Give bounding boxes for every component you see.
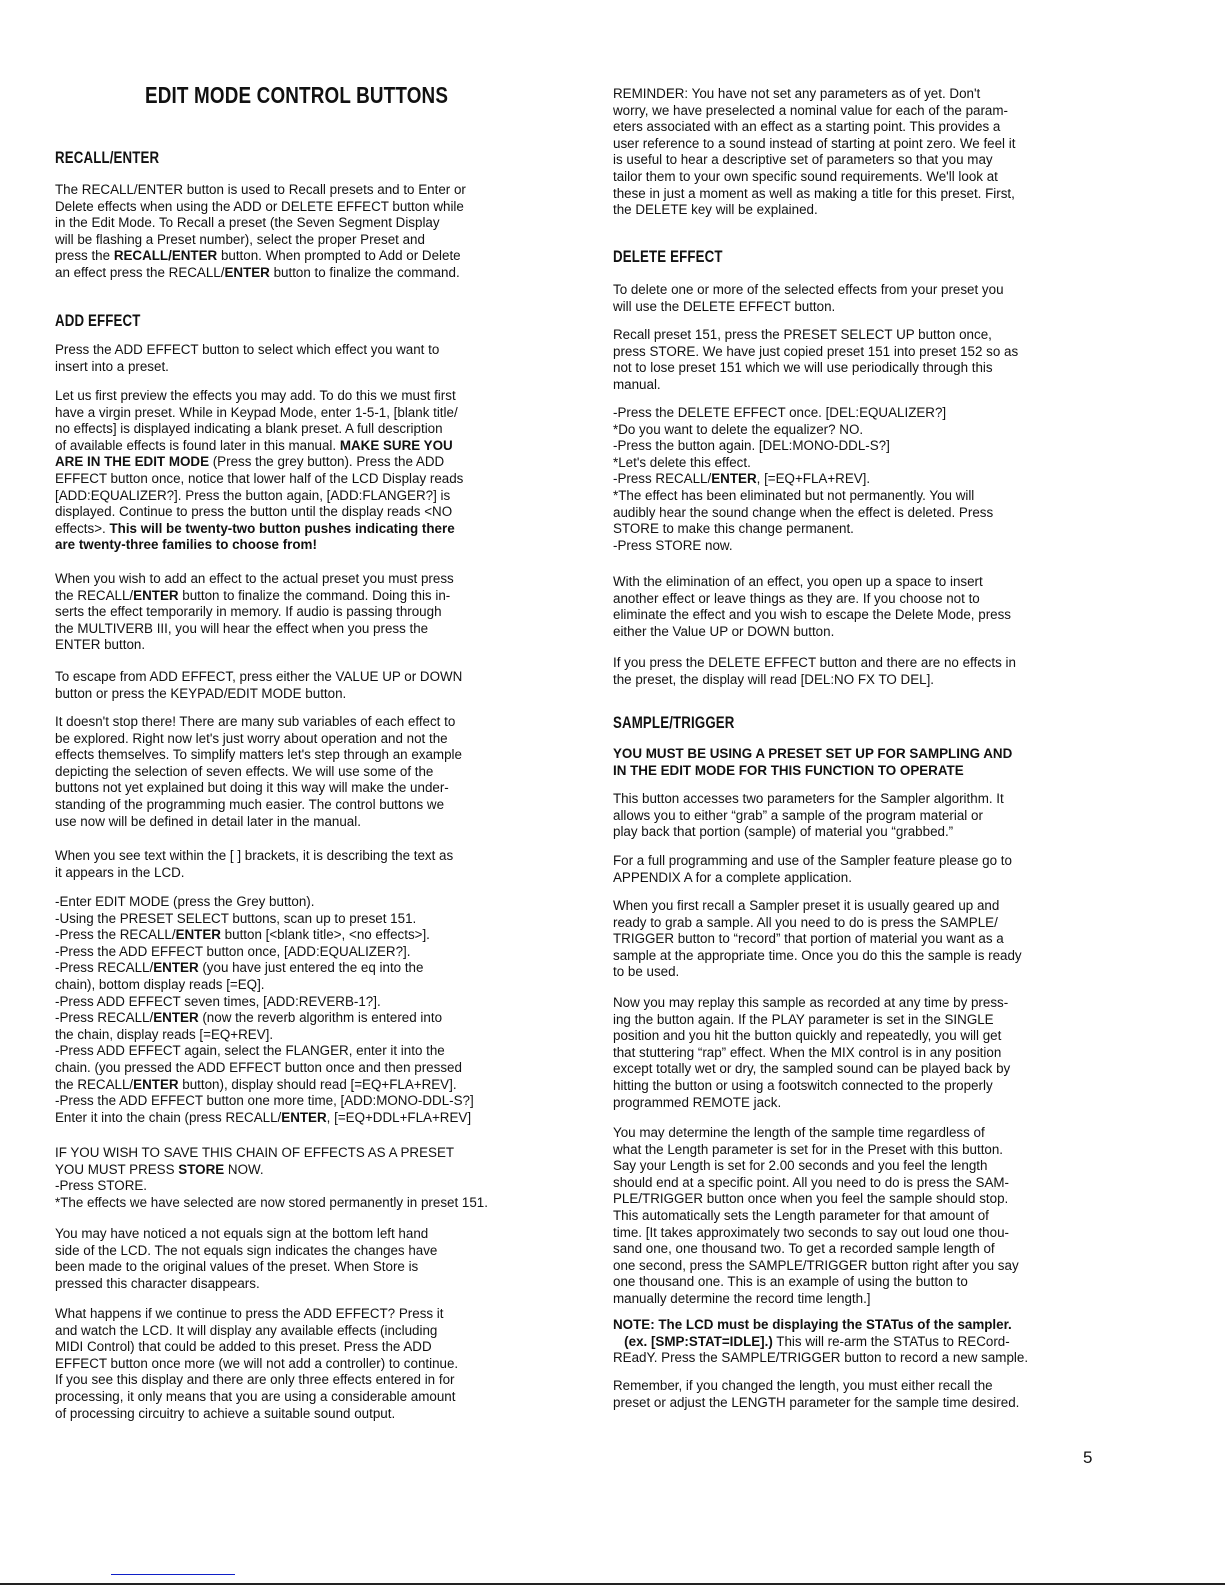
text-line: depicting the selection of seven effects… bbox=[55, 764, 543, 781]
brackets-note-paragraph: When you see text within the [ ] bracket… bbox=[55, 848, 543, 881]
text-line: sand one, one thousand two. To get a rec… bbox=[613, 1241, 1093, 1258]
text-line: Remember, if you changed the length, you… bbox=[613, 1378, 1093, 1395]
add-effect-intro: Press the ADD EFFECT button to select wh… bbox=[55, 342, 543, 375]
text-line: Say your Length is set for 2.00 seconds … bbox=[613, 1158, 1093, 1175]
text-line: displayed. Continue to press the button … bbox=[55, 504, 543, 521]
text-line: processing, it only means that you are u… bbox=[55, 1389, 543, 1406]
delete-effect-empty-paragraph: If you press the DELETE EFFECT button an… bbox=[613, 655, 1093, 688]
text-line: the preset, the display will read [DEL:N… bbox=[613, 672, 1093, 689]
text-line: REMINDER: You have not set any parameter… bbox=[613, 86, 1093, 103]
text-line: What happens if we continue to press the… bbox=[55, 1306, 543, 1323]
text-line: insert into a preset. bbox=[55, 359, 543, 376]
text-line: that stuttering “rap” effect. When the M… bbox=[613, 1045, 1093, 1062]
text-line: -Press the ADD EFFECT button one more ti… bbox=[55, 1093, 543, 1110]
text-line: press STORE. We have just copied preset … bbox=[613, 344, 1093, 361]
text-line: -Press the DELETE EFFECT once. [DEL:EQUA… bbox=[613, 405, 1093, 422]
text-line: user reference to a sound instead of sta… bbox=[613, 136, 1093, 153]
text-line: will use the DELETE EFFECT button. bbox=[613, 299, 1093, 316]
text-line: button or press the KEYPAD/EDIT MODE but… bbox=[55, 686, 543, 703]
text-line: -Press RECALL/ENTER, [=EQ+FLA+REV]. bbox=[613, 471, 1093, 488]
text-line: -Press STORE now. bbox=[613, 538, 1093, 555]
note-rearm-text: This will re-arm the STATus to RECord- bbox=[773, 1334, 1010, 1349]
save-chain-paragraph: IF YOU WISH TO SAVE THIS CHAIN OF EFFECT… bbox=[55, 1145, 543, 1211]
text-line: EFFECT button once more (we will not add… bbox=[55, 1356, 543, 1373]
text-line: effects>. This will be twenty-two button… bbox=[55, 521, 543, 538]
text-line: -Press STORE. bbox=[55, 1178, 543, 1195]
text-line: -Press the ADD EFFECT button once, [ADD:… bbox=[55, 944, 543, 961]
text-line: This automatically sets the Length param… bbox=[613, 1208, 1093, 1225]
text-line: chain), bottom display reads [=EQ]. bbox=[55, 977, 543, 994]
text-line: what the Length parameter is set for in … bbox=[613, 1142, 1093, 1159]
sample-trigger-recall-paragraph: When you first recall a Sampler preset i… bbox=[613, 898, 1093, 981]
sample-trigger-note: NOTE: The LCD must be displaying the STA… bbox=[613, 1317, 1093, 1367]
text-line: If you see this display and there are on… bbox=[55, 1372, 543, 1389]
text-line: To escape from ADD EFFECT, press either … bbox=[55, 669, 543, 686]
recall-enter-paragraph: The RECALL/ENTER button is used to Recal… bbox=[55, 182, 543, 282]
text-line: to be used. bbox=[613, 964, 1093, 981]
text-line: effects themselves. To simplify matters … bbox=[55, 747, 543, 764]
heading-delete-effect: DELETE EFFECT bbox=[613, 247, 723, 267]
text-line: press the RECALL/ENTER button. When prom… bbox=[55, 248, 543, 265]
text-line: [ADD:EQUALIZER?]. Press the button again… bbox=[55, 488, 543, 505]
text-line: manually determine the record time lengt… bbox=[613, 1291, 1093, 1308]
blue-rule bbox=[111, 1574, 235, 1575]
text-line: -Press ADD EFFECT seven times, [ADD:REVE… bbox=[55, 994, 543, 1011]
heading-add-effect: ADD EFFECT bbox=[55, 311, 141, 331]
text-line: these in just a moment as well as making… bbox=[613, 186, 1093, 203]
sample-trigger-appendix-paragraph: For a full programming and use of the Sa… bbox=[613, 853, 1093, 886]
text-line: chain. (you pressed the ADD EFFECT butto… bbox=[55, 1060, 543, 1077]
text-line: buttons not yet explained but doing it t… bbox=[55, 780, 543, 797]
text-line: Delete effects when using the ADD or DEL… bbox=[55, 199, 543, 216]
text-line: are twenty-three families to choose from… bbox=[55, 537, 543, 554]
delete-effect-space-paragraph: With the elimination of an effect, you o… bbox=[613, 574, 1093, 640]
delete-effect-copy-paragraph: Recall preset 151, press the PRESET SELE… bbox=[613, 327, 1093, 393]
note-line-2: (ex. [SMP:STAT=IDLE].) This will re-arm … bbox=[613, 1334, 1093, 1351]
text-line: IN THE EDIT MODE FOR THIS FUNCTION TO OP… bbox=[613, 763, 1093, 780]
text-line: no effects] is displayed indicating a bl… bbox=[55, 421, 543, 438]
delete-effect-intro: To delete one or more of the selected ef… bbox=[613, 282, 1093, 315]
text-line: APPENDIX A for a complete application. bbox=[613, 870, 1093, 887]
text-line: pressed this character disappears. bbox=[55, 1276, 543, 1293]
text-line: sample at the appropriate time. Once you… bbox=[613, 948, 1093, 965]
text-line: Recall preset 151, press the PRESET SELE… bbox=[613, 327, 1093, 344]
text-line: You may have noticed a not equals sign a… bbox=[55, 1226, 543, 1243]
text-line: PLE/TRIGGER button once when you feel th… bbox=[613, 1191, 1093, 1208]
text-line: been made to the original values of the … bbox=[55, 1259, 543, 1276]
text-line: preset or adjust the LENGTH parameter fo… bbox=[613, 1395, 1093, 1412]
page-number: 5 bbox=[1083, 1448, 1092, 1468]
text-line: programmed REMOTE jack. bbox=[613, 1095, 1093, 1112]
text-line: standing of the programming much easier.… bbox=[55, 797, 543, 814]
text-line: If you press the DELETE EFFECT button an… bbox=[613, 655, 1093, 672]
continue-add-paragraph: What happens if we continue to press the… bbox=[55, 1306, 543, 1422]
text-line: ENTER button. bbox=[55, 637, 543, 654]
text-line: worry, we have preselected a nominal val… bbox=[613, 103, 1093, 120]
text-line: the chain, display reads [=EQ+REV]. bbox=[55, 1027, 543, 1044]
text-line: play back that portion (sample) of mater… bbox=[613, 824, 1093, 841]
text-line: -Press RECALL/ENTER (you have just enter… bbox=[55, 960, 543, 977]
text-line: -Press the RECALL/ENTER button [<blank t… bbox=[55, 927, 543, 944]
text-line: This button accesses two parameters for … bbox=[613, 791, 1093, 808]
text-line: position and you hit the button quickly … bbox=[613, 1028, 1093, 1045]
text-line: EFFECT button once, notice that lower ha… bbox=[55, 471, 543, 488]
text-line: Press the ADD EFFECT button to select wh… bbox=[55, 342, 543, 359]
add-effect-enter-paragraph: When you wish to add an effect to the ac… bbox=[55, 571, 543, 654]
sample-trigger-remember-paragraph: Remember, if you changed the length, you… bbox=[613, 1378, 1093, 1411]
text-line: To delete one or more of the selected ef… bbox=[613, 282, 1093, 299]
text-line: -Using the PRESET SELECT buttons, scan u… bbox=[55, 911, 543, 928]
text-line: YOU MUST BE USING A PRESET SET UP FOR SA… bbox=[613, 746, 1093, 763]
text-line: the DELETE key will be explained. bbox=[613, 202, 1093, 219]
text-line: Let us first preview the effects you may… bbox=[55, 388, 543, 405]
text-line: it appears in the LCD. bbox=[55, 865, 543, 882]
text-line: STORE to make this change permanent. bbox=[613, 521, 1093, 538]
text-line: is useful to hear a descriptive set of p… bbox=[613, 152, 1093, 169]
heading-recall-enter: RECALL/ENTER bbox=[55, 148, 159, 168]
reminder-paragraph: REMINDER: You have not set any parameter… bbox=[613, 86, 1093, 219]
text-line: ing the button again. If the PLAY parame… bbox=[613, 1012, 1093, 1029]
sample-trigger-length-paragraph: You may determine the length of the samp… bbox=[613, 1125, 1093, 1308]
text-line: the RECALL/ENTER button), display should… bbox=[55, 1077, 543, 1094]
text-line: side of the LCD. The not equals sign ind… bbox=[55, 1243, 543, 1260]
text-line: *The effects we have selected are now st… bbox=[55, 1195, 543, 1212]
text-line: ARE IN THE EDIT MODE (Press the grey but… bbox=[55, 454, 543, 471]
text-line: IF YOU WISH TO SAVE THIS CHAIN OF EFFECT… bbox=[55, 1145, 543, 1162]
not-equals-paragraph: You may have noticed a not equals sign a… bbox=[55, 1226, 543, 1292]
text-line: -Press ADD EFFECT again, select the FLAN… bbox=[55, 1043, 543, 1060]
text-line: either the Value UP or DOWN button. bbox=[613, 624, 1093, 641]
note-line-1: NOTE: The LCD must be displaying the STA… bbox=[613, 1317, 1093, 1334]
sample-trigger-replay-paragraph: Now you may replay this sample as record… bbox=[613, 995, 1093, 1111]
text-line: tailor them to your own specific sound r… bbox=[613, 169, 1093, 186]
text-line: one second, press the SAMPLE/TRIGGER but… bbox=[613, 1258, 1093, 1275]
text-line: *Let's delete this effect. bbox=[613, 455, 1093, 472]
text-line: hitting the button or using a footswitch… bbox=[613, 1078, 1093, 1095]
text-line: except totally wet or dry, the sampled s… bbox=[613, 1061, 1093, 1078]
text-line: For a full programming and use of the Sa… bbox=[613, 853, 1093, 870]
text-line: ready to grab a sample. All you need to … bbox=[613, 915, 1093, 932]
text-line: *The effect has been eliminated but not … bbox=[613, 488, 1093, 505]
text-line: allows you to either “grab” a sample of … bbox=[613, 808, 1093, 825]
text-line: of available effects is found later in t… bbox=[55, 438, 543, 455]
text-line: another effect or leave things as they a… bbox=[613, 591, 1093, 608]
text-line: time. [It takes approximately two second… bbox=[613, 1225, 1093, 1242]
text-line: Now you may replay this sample as record… bbox=[613, 995, 1093, 1012]
text-line: Enter it into the chain (press RECALL/EN… bbox=[55, 1110, 543, 1127]
text-line: will be flashing a Preset number), selec… bbox=[55, 232, 543, 249]
sample-trigger-warning: YOU MUST BE USING A PRESET SET UP FOR SA… bbox=[613, 746, 1093, 779]
text-line: have a virgin preset. While in Keypad Mo… bbox=[55, 405, 543, 422]
text-line: be explored. Right now let's just worry … bbox=[55, 731, 543, 748]
text-line: MIDI Control) that could be added to thi… bbox=[55, 1339, 543, 1356]
text-line: TRIGGER button to “record” that portion … bbox=[613, 931, 1093, 948]
text-line: in the Edit Mode. To Recall a preset (th… bbox=[55, 215, 543, 232]
text-line: audibly hear the sound change when the e… bbox=[613, 505, 1093, 522]
text-line: *Do you want to delete the equalizer? NO… bbox=[613, 422, 1093, 439]
text-line: serts the effect temporarily in memory. … bbox=[55, 604, 543, 621]
text-line: When you first recall a Sampler preset i… bbox=[613, 898, 1093, 915]
text-line: eters associated with an effect as a sta… bbox=[613, 119, 1093, 136]
text-line: should end at a specific point. All you … bbox=[613, 1175, 1093, 1192]
text-line: When you see text within the [ ] bracket… bbox=[55, 848, 543, 865]
text-line: -Press RECALL/ENTER (now the reverb algo… bbox=[55, 1010, 543, 1027]
text-line: manual. bbox=[613, 377, 1093, 394]
add-effect-subvariables-paragraph: It doesn't stop there! There are many su… bbox=[55, 714, 543, 830]
text-line: the RECALL/ENTER button to finalize the … bbox=[55, 588, 543, 605]
sample-trigger-intro: This button accesses two parameters for … bbox=[613, 791, 1093, 841]
heading-sample-trigger: SAMPLE/TRIGGER bbox=[613, 713, 735, 733]
delete-effect-steps-list: -Press the DELETE EFFECT once. [DEL:EQUA… bbox=[613, 405, 1093, 554]
text-line: YOU MUST PRESS STORE NOW. bbox=[55, 1162, 543, 1179]
add-effect-preview-paragraph: Let us first preview the effects you may… bbox=[55, 388, 543, 554]
text-line: an effect press the RECALL/ENTER button … bbox=[55, 265, 543, 282]
text-line: You may determine the length of the samp… bbox=[613, 1125, 1093, 1142]
text-line: -Enter EDIT MODE (press the Grey button)… bbox=[55, 894, 543, 911]
add-effect-steps-list: -Enter EDIT MODE (press the Grey button)… bbox=[55, 894, 543, 1126]
text-line: It doesn't stop there! There are many su… bbox=[55, 714, 543, 731]
text-line: With the elimination of an effect, you o… bbox=[613, 574, 1093, 591]
text-line: eliminate the effect and you wish to esc… bbox=[613, 607, 1093, 624]
add-effect-escape-paragraph: To escape from ADD EFFECT, press either … bbox=[55, 669, 543, 702]
text-line: not to lose preset 151 which we will use… bbox=[613, 360, 1093, 377]
text-line: When you wish to add an effect to the ac… bbox=[55, 571, 543, 588]
text-line: -Press the button again. [DEL:MONO-DDL-S… bbox=[613, 438, 1093, 455]
text-line: use now will be defined in detail later … bbox=[55, 814, 543, 831]
text-line: and watch the LCD. It will display any a… bbox=[55, 1323, 543, 1340]
text-line: the MULTIVERB III, you will hear the eff… bbox=[55, 621, 543, 638]
page-title: EDIT MODE CONTROL BUTTONS bbox=[145, 82, 448, 109]
note-example: (ex. [SMP:STAT=IDLE].) bbox=[613, 1334, 773, 1349]
note-line-3: REadY. Press the SAMPLE/TRIGGER button t… bbox=[613, 1350, 1093, 1367]
text-line: The RECALL/ENTER button is used to Recal… bbox=[55, 182, 543, 199]
text-line: of processing circuitry to achieve a sui… bbox=[55, 1406, 543, 1423]
text-line: one thousand one. This is an example of … bbox=[613, 1274, 1093, 1291]
